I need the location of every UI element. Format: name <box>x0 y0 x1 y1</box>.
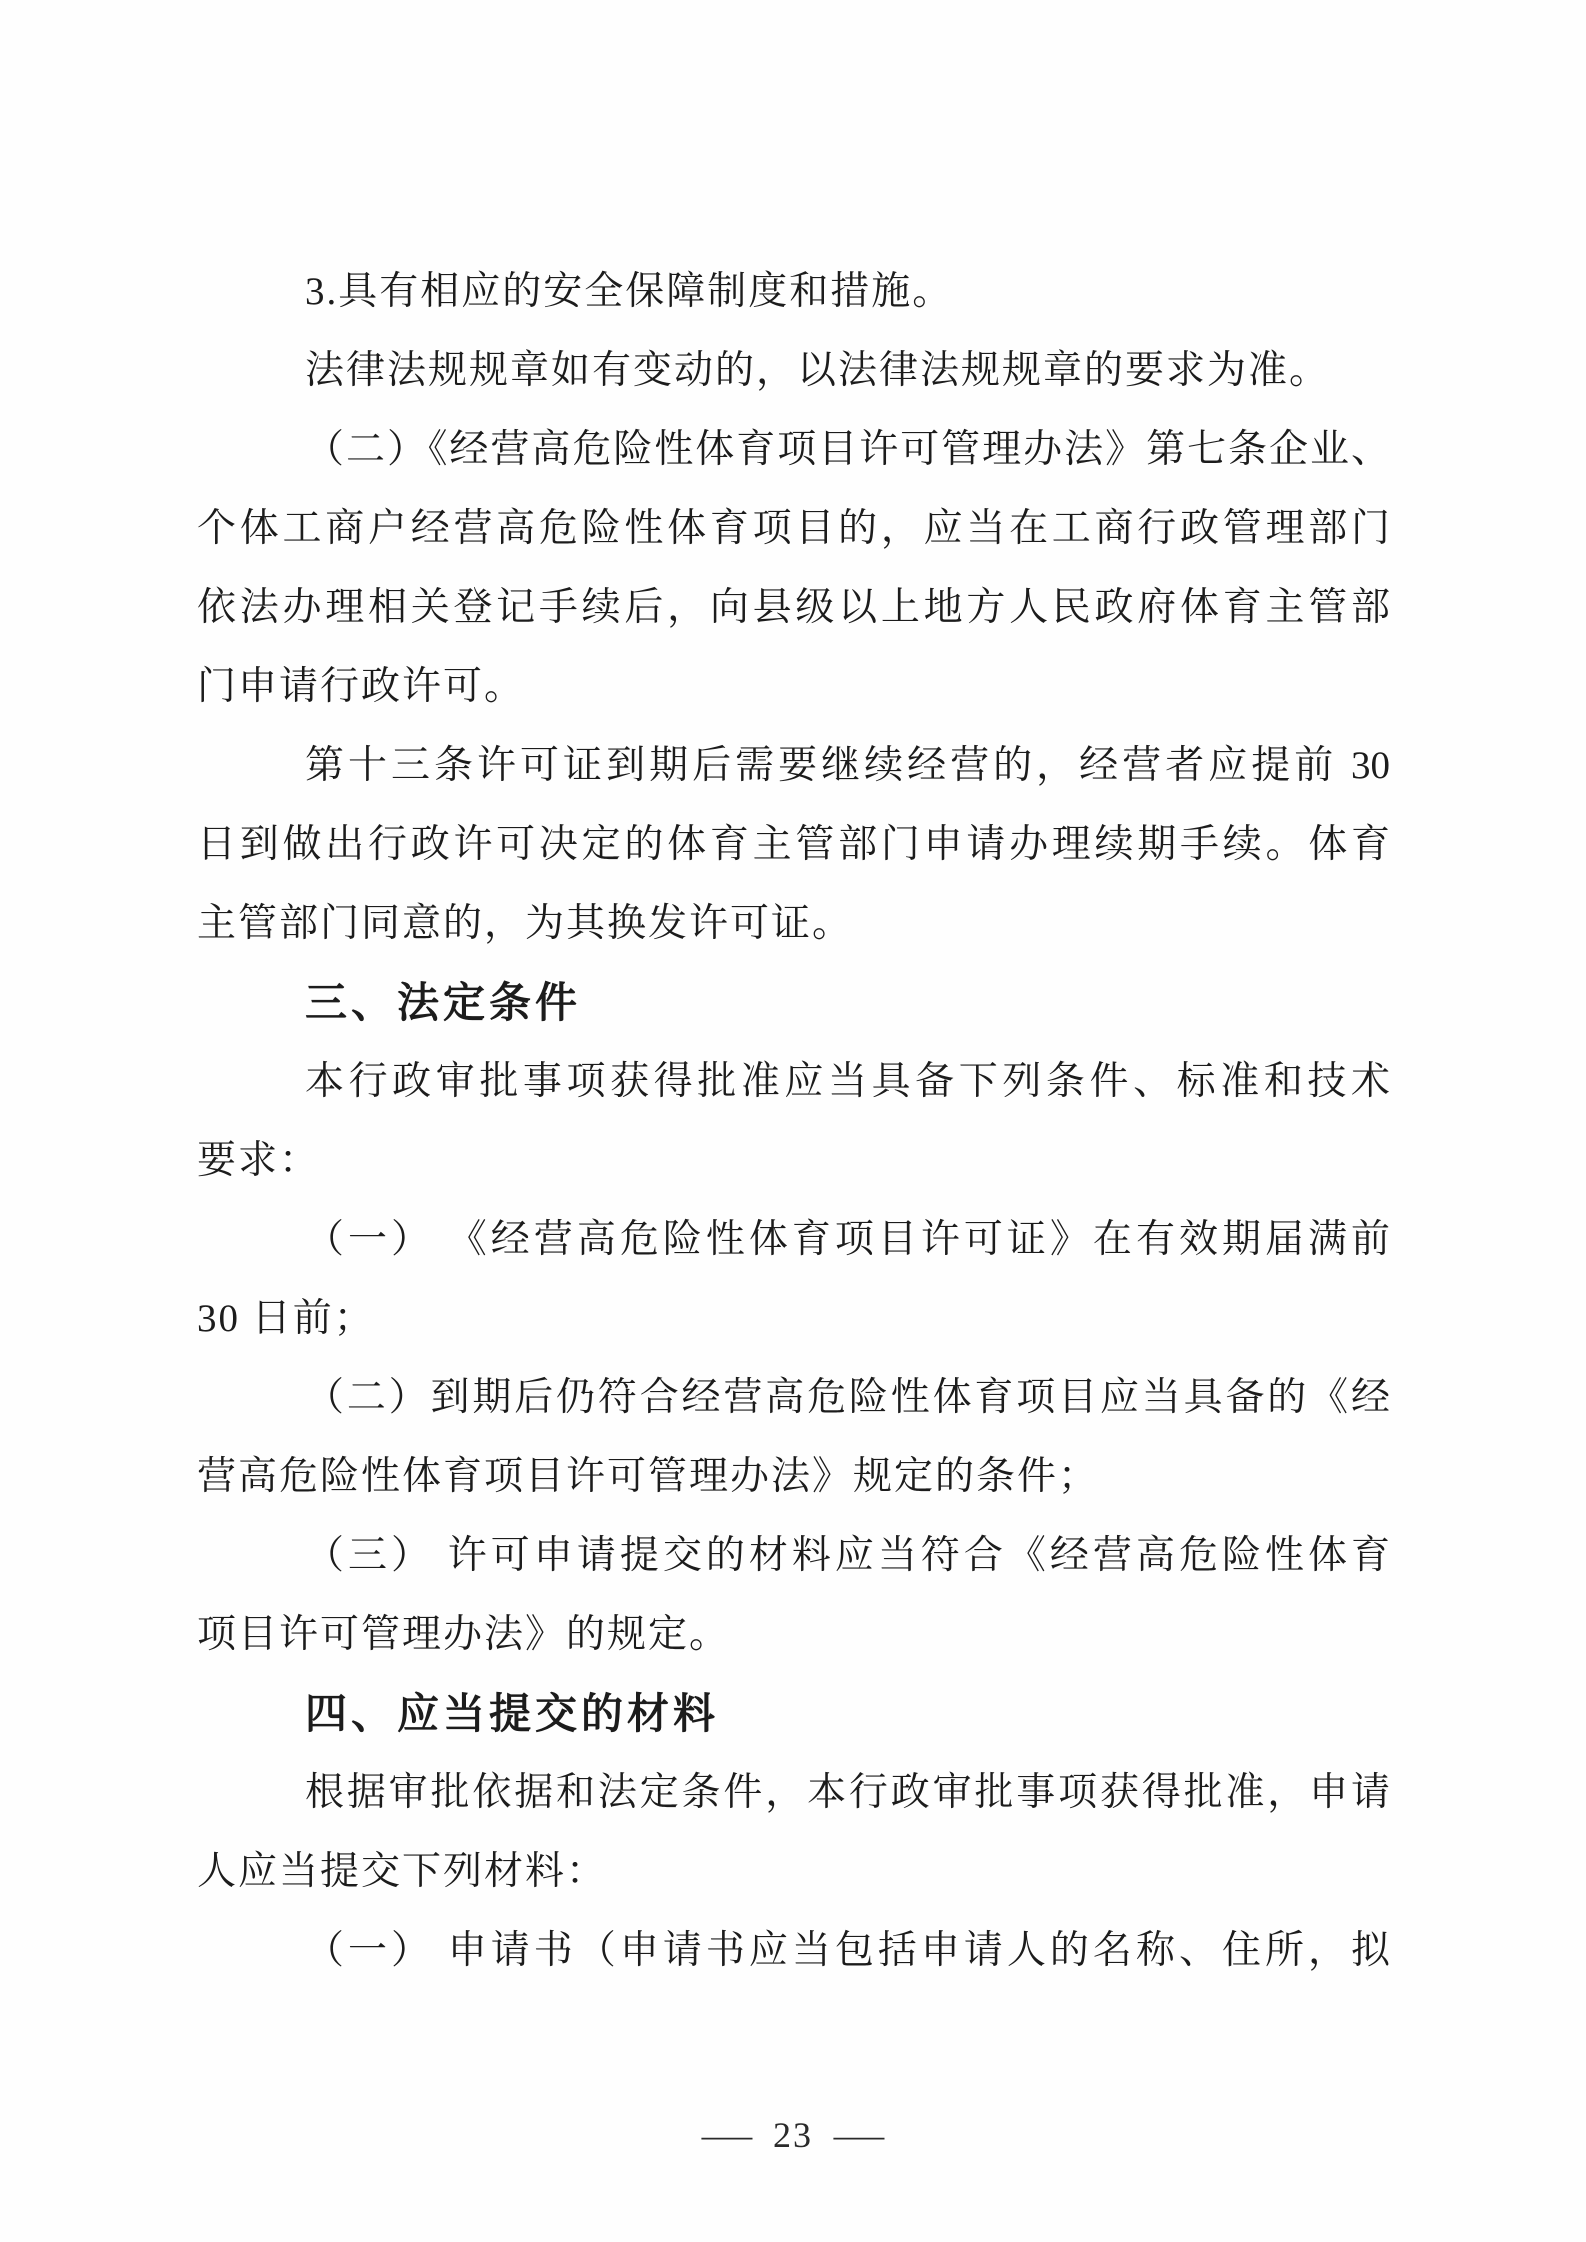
page-footer: —23— <box>0 2105 1586 2165</box>
text-line: 日到做出行政许可决定的体育主管部门申请办理续期手续。体育 <box>197 805 1390 884</box>
text-line: （二）《经营高危险性体育项目许可管理办法》第七条企业、 <box>197 410 1390 489</box>
text-line: 要求： <box>197 1121 1390 1200</box>
text-line: 人应当提交下列材料： <box>197 1832 1390 1911</box>
text-line: （一） 《经营高危险性体育项目许可证》在有效期届满前 <box>197 1200 1390 1279</box>
document-page: 3.具有相应的安全保障制度和措施。法律法规规章如有变动的，以法律法规规章的要求为… <box>0 0 1586 2242</box>
text-line: 法律法规规章如有变动的，以法律法规规章的要求为准。 <box>197 331 1390 410</box>
document-body: 3.具有相应的安全保障制度和措施。法律法规规章如有变动的，以法律法规规章的要求为… <box>197 252 1390 1990</box>
page-number: 23 <box>773 2105 813 2165</box>
section-heading: 三、法定条件 <box>197 963 1390 1042</box>
text-line: 门申请行政许可。 <box>197 647 1390 726</box>
section-heading: 四、应当提交的材料 <box>197 1674 1390 1753</box>
text-line: 30 日前； <box>197 1279 1390 1358</box>
text-line: 3.具有相应的安全保障制度和措施。 <box>197 252 1390 331</box>
text-line: 项目许可管理办法》的规定。 <box>197 1595 1390 1674</box>
text-line: 第十三条许可证到期后需要继续经营的，经营者应提前 30 <box>197 726 1390 805</box>
text-line: 本行政审批事项获得批准应当具备下列条件、标准和技术 <box>197 1042 1390 1121</box>
text-line: 根据审批依据和法定条件，本行政审批事项获得批准，申请 <box>197 1753 1390 1832</box>
text-line: （三） 许可申请提交的材料应当符合《经营高危险性体育 <box>197 1516 1390 1595</box>
footer-dash-right: — <box>834 2105 884 2165</box>
text-line: 营高危险性体育项目许可管理办法》规定的条件； <box>197 1437 1390 1516</box>
text-line: 依法办理相关登记手续后，向县级以上地方人民政府体育主管部 <box>197 568 1390 647</box>
text-line: 个体工商户经营高危险性体育项目的，应当在工商行政管理部门 <box>197 489 1390 568</box>
text-line: （二）到期后仍符合经营高危险性体育项目应当具备的《经 <box>197 1358 1390 1437</box>
footer-dash-left: — <box>702 2105 752 2165</box>
text-line: （一） 申请书（申请书应当包括申请人的名称、住所，拟 <box>197 1911 1390 1990</box>
text-line: 主管部门同意的，为其换发许可证。 <box>197 884 1390 963</box>
